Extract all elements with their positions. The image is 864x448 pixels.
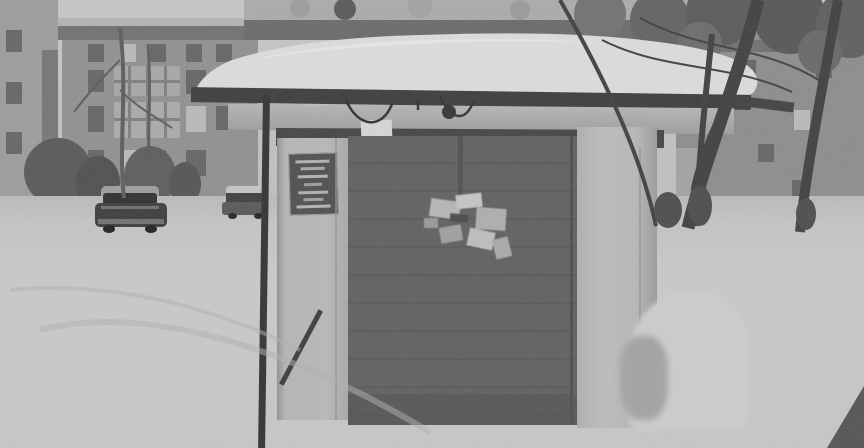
overlay-details: [0, 0, 864, 448]
photo-grain: [0, 0, 864, 448]
photograph: [0, 0, 864, 448]
